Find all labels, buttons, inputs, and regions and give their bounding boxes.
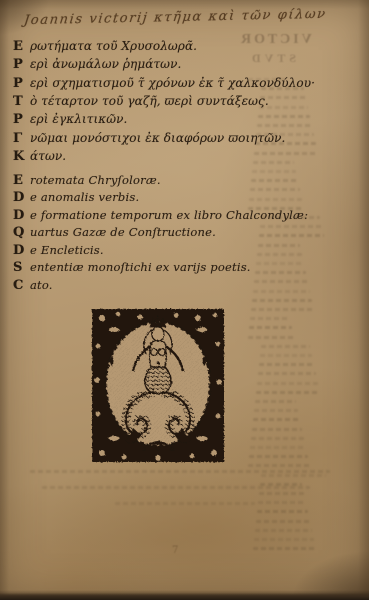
printers-device-woodcut xyxy=(88,306,228,468)
showthrough-line xyxy=(30,470,330,473)
showthrough-line xyxy=(254,152,318,155)
showthrough-line xyxy=(42,486,310,489)
toc-line-text: νῶμαι μονόστιχοι ἐκ διαφόρων ϖοιητῶν. xyxy=(30,131,285,145)
toc-line-text: e Encleticis. xyxy=(30,243,104,257)
showthrough-line xyxy=(254,409,298,412)
showthrough-stvd-text: STVD xyxy=(248,51,296,66)
toc-latin-line: De formatione temporum ex libro Chalcond… xyxy=(13,206,308,223)
drop-initial: C xyxy=(13,278,30,293)
toc-greek-line: Γνῶμαι μονόστιχοι ἐκ διαφόρων ϖοιητῶν. xyxy=(13,129,285,146)
toc-latin-line: Quartus Gazæ de Conſtructione. xyxy=(13,223,216,240)
showthrough-line xyxy=(255,271,306,274)
showthrough-line xyxy=(256,391,320,394)
book-page: VICTOR STVD Joannis victorij κτῆμα καὶ τ… xyxy=(0,0,369,600)
toc-latin-line: Erotemata Chryſoloræ. xyxy=(13,171,161,188)
toc-line-text: ερὶ ἀνωμάλων ῥημάτων. xyxy=(30,57,181,71)
drop-initial: Γ xyxy=(13,131,30,146)
showthrough-line xyxy=(249,326,292,329)
showthrough-line xyxy=(255,529,312,532)
showthrough-line xyxy=(258,115,310,118)
showthrough-line xyxy=(251,308,314,311)
showthrough-line xyxy=(257,253,302,256)
drop-initial: E xyxy=(13,173,30,188)
drop-initial: Ε xyxy=(13,39,30,54)
toc-latin-line: Sententiæ monoſtichi ex varijs poetis. xyxy=(13,258,251,275)
drop-initial: Ρ xyxy=(13,57,30,72)
showthrough-line xyxy=(261,345,310,348)
toc-latin-line: De Encleticis. xyxy=(13,241,104,258)
toc-line-text: ententiæ monoſtichi ex varijs poetis. xyxy=(30,260,251,274)
page-bottom-edge xyxy=(0,593,369,600)
showthrough-line xyxy=(258,372,316,375)
toc-greek-line: Ρερὶ ἀνωμάλων ῥημάτων. xyxy=(13,55,181,72)
showthrough-line xyxy=(249,455,308,458)
drop-initial: Ρ xyxy=(13,76,30,91)
toc-greek-line: Ρερὶ σχηματισμοῦ τ̃ χρόνων ἐκ τ̃ χαλκονδ… xyxy=(13,74,315,91)
showthrough-line xyxy=(248,464,310,467)
showthrough-line xyxy=(250,188,300,191)
drop-initial: Q xyxy=(13,225,30,240)
toc-greek-line: Ρερὶ ἐγκλιτικῶν. xyxy=(13,110,127,127)
showthrough-line xyxy=(255,400,296,403)
toc-line-text: ρωτήματα τοῦ Χρυσολωρᾶ. xyxy=(30,39,197,53)
showthrough-line xyxy=(257,510,308,513)
showthrough-line xyxy=(253,418,300,421)
showthrough-line xyxy=(258,501,306,504)
showthrough-line xyxy=(252,170,296,173)
showthrough-line xyxy=(253,547,316,550)
drop-initial: D xyxy=(13,190,30,205)
folio-mark: 7 xyxy=(172,545,178,556)
toc-line-text: ὸ τέταρτον τοῦ γαζῆ, ϖερὶ συντάξεως. xyxy=(30,94,269,108)
showthrough-line xyxy=(257,124,312,127)
showthrough-line xyxy=(251,437,304,440)
drop-initial: Κ xyxy=(13,149,30,164)
toc-line-text: uartus Gazæ de Conſtructione. xyxy=(30,225,216,239)
showthrough-victor-text: VICTOR xyxy=(238,32,312,48)
showthrough-line xyxy=(252,428,302,431)
drop-initial: S xyxy=(13,260,30,275)
showthrough-line xyxy=(260,225,322,228)
toc-line-text: άτων. xyxy=(30,149,66,163)
showthrough-line xyxy=(250,317,290,320)
showthrough-line xyxy=(259,363,314,366)
toc-latin-line: Cato. xyxy=(13,276,53,293)
showthrough-line xyxy=(259,492,304,495)
toc-line-text: rotemata Chryſoloræ. xyxy=(30,173,161,187)
showthrough-line xyxy=(250,446,306,449)
showthrough-line xyxy=(261,474,326,477)
showthrough-line xyxy=(256,520,310,523)
showthrough-line xyxy=(259,234,324,237)
showthrough-line xyxy=(260,354,312,357)
toc-greek-line: Κάτων. xyxy=(13,147,66,164)
drop-initial: D xyxy=(13,208,30,223)
showthrough-line xyxy=(256,262,304,265)
showthrough-line xyxy=(249,198,302,201)
toc-line-text: e anomalis verbis. xyxy=(30,190,139,204)
drop-initial: D xyxy=(13,243,30,258)
showthrough-line xyxy=(115,502,255,505)
showthrough-line xyxy=(257,382,318,385)
showthrough-line xyxy=(253,161,294,164)
drop-initial: Ρ xyxy=(13,112,30,127)
showthrough-line xyxy=(248,336,294,339)
drop-initial: Τ xyxy=(13,94,30,109)
showthrough-line xyxy=(251,179,298,182)
toc-line-text: e formatione temporum ex libro Chalcondy… xyxy=(30,208,308,222)
showthrough-line xyxy=(252,299,312,302)
toc-latin-line: De anomalis verbis. xyxy=(13,188,139,205)
toc-line-text: ερὶ ἐγκλιτικῶν. xyxy=(30,112,127,126)
toc-line-text: ato. xyxy=(30,278,53,292)
showthrough-line xyxy=(258,244,300,247)
showthrough-line xyxy=(253,290,310,293)
toc-greek-line: Τὸ τέταρτον τοῦ γαζῆ, ϖερὶ συντάξεως. xyxy=(13,92,269,109)
showthrough-line xyxy=(254,538,314,541)
showthrough-line xyxy=(254,280,308,283)
toc-line-text: ερὶ σχηματισμοῦ τ̃ χρόνων ἐκ τ̃ χαλκονδύ… xyxy=(30,76,315,90)
toc-greek-line: Ερωτήματα τοῦ Χρυσολωρᾶ. xyxy=(13,37,197,54)
